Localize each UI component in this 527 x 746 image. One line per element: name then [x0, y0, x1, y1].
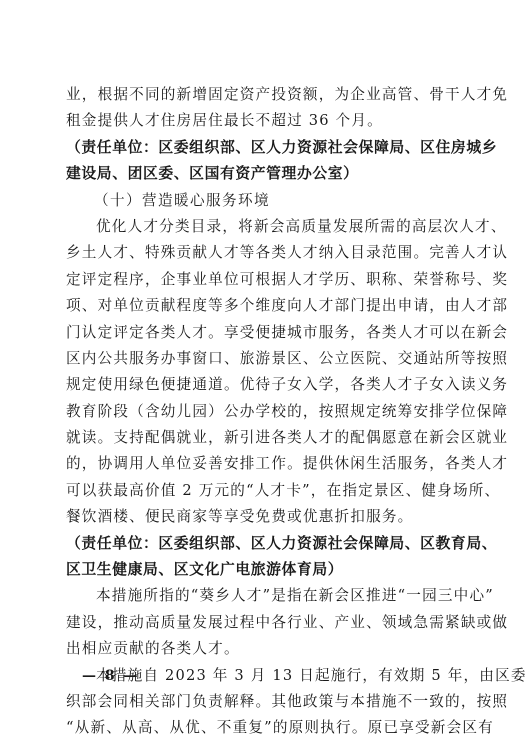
text-line: 规定使用绿色便捷通道。优待子女入学，各类人才子女入读义务 — [66, 372, 464, 398]
responsibility-note: 区卫生健康局、区文化广电旅游体育局） — [66, 557, 464, 583]
responsibility-note: （责任单位：区委组织部、区人力资源社会保障局、区教育局、 — [66, 531, 464, 557]
text-line: 出相应贡献的各类人才。 — [66, 636, 464, 662]
text-line: 的，协调用人单位妥善安排工作。提供休闲生活服务，各类人才 — [66, 451, 464, 477]
text-line: 项、对单位贡献程度等多个维度向人才部门提出申请，由人才部 — [66, 293, 464, 319]
text-line: 织部会同相关部门负责解释。其他政策与本措施不一致的，按照 — [66, 689, 464, 715]
text-line: 业，根据不同的新增固定资产投资额，为企业高管、骨干人才免 — [66, 82, 464, 108]
page-number: — 8 — — [82, 668, 140, 684]
text-line: 餐饮酒楼、便民商家等享受免费或优惠折扣服务。 — [66, 504, 464, 530]
text-line: 租金提供人才住房居住最长不超过 36 个月。 — [66, 108, 464, 134]
text-line: 区内公共服务办事窗口、旅游景区、公立医院、交通站所等按照 — [66, 346, 464, 372]
text-line: 乡土人才、特殊贡献人才等各类人才纳入目录范围。完善人才认 — [66, 240, 464, 266]
text-line: 教育阶段（含幼儿园）公办学校的，按照规定统筹安排学位保障 — [66, 399, 464, 425]
text-line: 建设，推动高质量发展过程中各行业、产业、领域急需紧缺或做 — [66, 610, 464, 636]
text-line: 本措施所指的“葵乡人才”是指在新会区推进“一园三中心” — [66, 583, 464, 609]
text-line: 定评定程序，企事业单位可根据人才学历、职称、荣誉称号、奖 — [66, 267, 464, 293]
text-line: 门认定评定各类人才。享受便捷城市服务，各类人才可以在新会 — [66, 320, 464, 346]
text-line: 可以获最高价值 2 万元的“人才卡”，在指定景区、健身场所、 — [66, 478, 464, 504]
document-body: 业，根据不同的新增固定资产投资额，为企业高管、骨干人才免 租金提供人才住房居住最… — [66, 82, 464, 742]
responsibility-note: 建设局、团区委、区国有资产管理办公室） — [66, 161, 464, 187]
text-line: 优化人才分类目录，将新会高质量发展所需的高层次人才、 — [66, 214, 464, 240]
text-line: “从新、从高、从优、不重复”的原则执行。原已享受新会区有 — [66, 715, 464, 741]
text-line: 就读。支持配偶就业，新引进各类人才的配偶愿意在新会区就业 — [66, 425, 464, 451]
responsibility-note: （责任单位：区委组织部、区人力资源社会保障局、区住房城乡 — [66, 135, 464, 161]
section-heading: （十）营造暖心服务环境 — [66, 188, 464, 214]
